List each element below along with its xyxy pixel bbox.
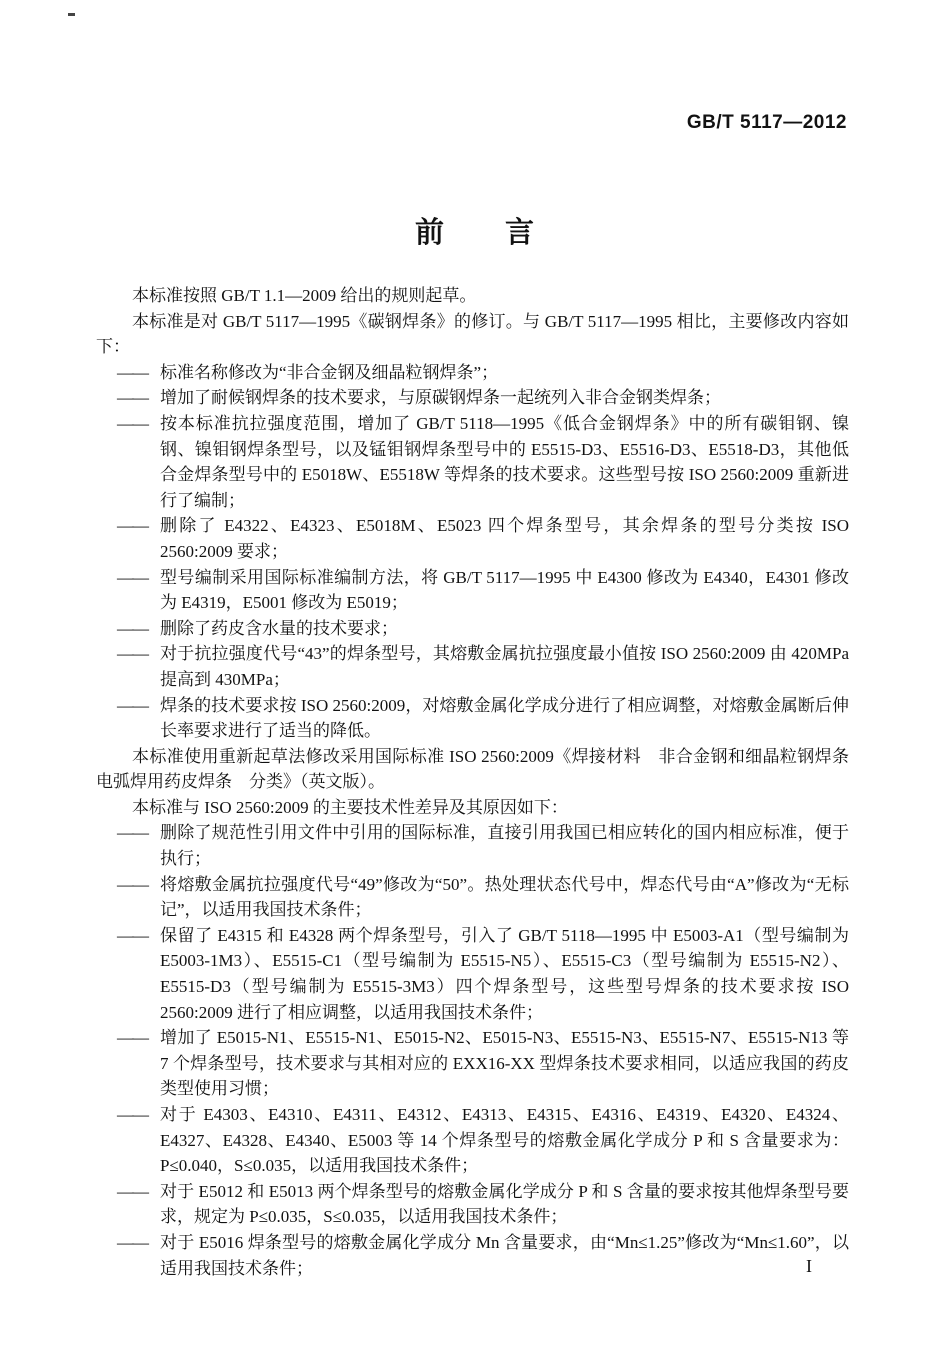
dash-marker: —— <box>117 616 147 642</box>
foreword-list-item: ——增加了耐候钢焊条的技术要求，与原碳钢焊条一起统列入非合金钢类焊条； <box>96 385 849 411</box>
page-number: I <box>806 1256 812 1277</box>
list-item-text: 型号编制采用国际标准编制方法，将 GB/T 5117—1995 中 E4300 … <box>160 568 849 613</box>
foreword-list-item: ——对于 E4303、E4310、E4311、E4312、E4313、E4315… <box>96 1102 849 1179</box>
dash-marker: —— <box>117 1102 147 1128</box>
scan-artifact-mark <box>68 13 75 16</box>
dash-marker: —— <box>117 360 147 386</box>
foreword-list-item: ——标准名称修改为“非合金钢及细晶粒钢焊条”； <box>96 360 849 386</box>
foreword-list-item: ——删除了药皮含水量的技术要求； <box>96 616 849 642</box>
foreword-list-item: ——增加了 E5015-N1、E5515-N1、E5015-N2、E5015-N… <box>96 1025 849 1102</box>
page-title: 前 言 <box>0 210 950 251</box>
foreword-list-item: ——删除了规范性引用文件中引用的国际标准，直接引用我国已相应转化的国内相应标准，… <box>96 820 849 871</box>
foreword-list-item: ——按本标准抗拉强度范围，增加了 GB/T 5118—1995《低合金钢焊条》中… <box>96 411 849 513</box>
foreword-list-item: ——焊条的技术要求按 ISO 2560:2009，对熔敷金属化学成分进行了相应调… <box>96 693 849 744</box>
dash-marker: —— <box>117 1230 147 1256</box>
dash-marker: —— <box>117 1025 147 1051</box>
foreword-paragraph: 本标准按照 GB/T 1.1—2009 给出的规则起草。 <box>96 283 849 309</box>
dash-marker: —— <box>117 513 147 539</box>
foreword-paragraph: 本标准与 ISO 2560:2009 的主要技术性差异及其原因如下： <box>96 795 849 821</box>
dash-marker: —— <box>117 1179 147 1205</box>
foreword-list-item: ——删除了 E4322、E4323、E5018M、E5023 四个焊条型号，其余… <box>96 513 849 564</box>
foreword-list-item: ——型号编制采用国际标准编制方法，将 GB/T 5117—1995 中 E430… <box>96 565 849 616</box>
list-item-text: 增加了耐候钢焊条的技术要求，与原碳钢焊条一起统列入非合金钢类焊条； <box>160 388 721 407</box>
list-item-text: 对于抗拉强度代号“43”的焊条型号，其熔敷金属抗拉强度最小值按 ISO 2560… <box>160 644 849 689</box>
foreword-list-item: ——保留了 E4315 和 E4328 两个焊条型号，引入了 GB/T 5118… <box>96 923 849 1025</box>
foreword-list-item: ——对于 E5012 和 E5013 两个焊条型号的熔敷金属化学成分 P 和 S… <box>96 1179 849 1230</box>
list-item-text: 焊条的技术要求按 ISO 2560:2009，对熔敷金属化学成分进行了相应调整，… <box>160 696 849 741</box>
list-item-text: 对于 E4303、E4310、E4311、E4312、E4313、E4315、E… <box>160 1105 849 1175</box>
list-item-text: 增加了 E5015-N1、E5515-N1、E5015-N2、E5015-N3、… <box>160 1028 849 1098</box>
standard-code: GB/T 5117—2012 <box>0 112 847 134</box>
dash-marker: —— <box>117 565 147 591</box>
foreword-body: 本标准按照 GB/T 1.1—2009 给出的规则起草。 本标准是对 GB/T … <box>96 283 849 1281</box>
dash-marker: —— <box>117 923 147 949</box>
foreword-paragraph: 本标准是对 GB/T 5117—1995《碳钢焊条》的修订。与 GB/T 511… <box>96 309 849 360</box>
dash-marker: —— <box>117 872 147 898</box>
document-page: GB/T 5117—2012 前 言 本标准按照 GB/T 1.1—2009 给… <box>0 0 950 1365</box>
list-item-text: 按本标准抗拉强度范围，增加了 GB/T 5118—1995《低合金钢焊条》中的所… <box>160 414 849 510</box>
list-item-text: 将熔敷金属抗拉强度代号“49”修改为“50”。热处理状态代号中，焊态代号由“A”… <box>160 875 849 920</box>
dash-marker: —— <box>117 820 147 846</box>
list-item-text: 对于 E5012 和 E5013 两个焊条型号的熔敷金属化学成分 P 和 S 含… <box>160 1182 849 1227</box>
foreword-list-item: ——对于 E5016 焊条型号的熔敷金属化学成分 Mn 含量要求，由“Mn≤1.… <box>96 1230 849 1281</box>
list-item-text: 标准名称修改为“非合金钢及细晶粒钢焊条”； <box>160 363 498 382</box>
dash-marker: —— <box>117 693 147 719</box>
dash-marker: —— <box>117 385 147 411</box>
list-item-text: 对于 E5016 焊条型号的熔敷金属化学成分 Mn 含量要求，由“Mn≤1.25… <box>160 1233 849 1278</box>
list-item-text: 保留了 E4315 和 E4328 两个焊条型号，引入了 GB/T 5118—1… <box>160 926 849 1022</box>
dash-marker: —— <box>117 411 147 437</box>
list-item-text: 删除了规范性引用文件中引用的国际标准，直接引用我国已相应转化的国内相应标准，便于… <box>160 823 849 868</box>
foreword-list-item: ——对于抗拉强度代号“43”的焊条型号，其熔敷金属抗拉强度最小值按 ISO 25… <box>96 641 849 692</box>
foreword-paragraph: 本标准使用重新起草法修改采用国际标准 ISO 2560:2009《焊接材料 非合… <box>96 744 849 795</box>
list-item-text: 删除了 E4322、E4323、E5018M、E5023 四个焊条型号，其余焊条… <box>160 516 849 561</box>
dash-marker: —— <box>117 641 147 667</box>
foreword-list-item: ——将熔敷金属抗拉强度代号“49”修改为“50”。热处理状态代号中，焊态代号由“… <box>96 872 849 923</box>
list-item-text: 删除了药皮含水量的技术要求； <box>160 619 398 638</box>
